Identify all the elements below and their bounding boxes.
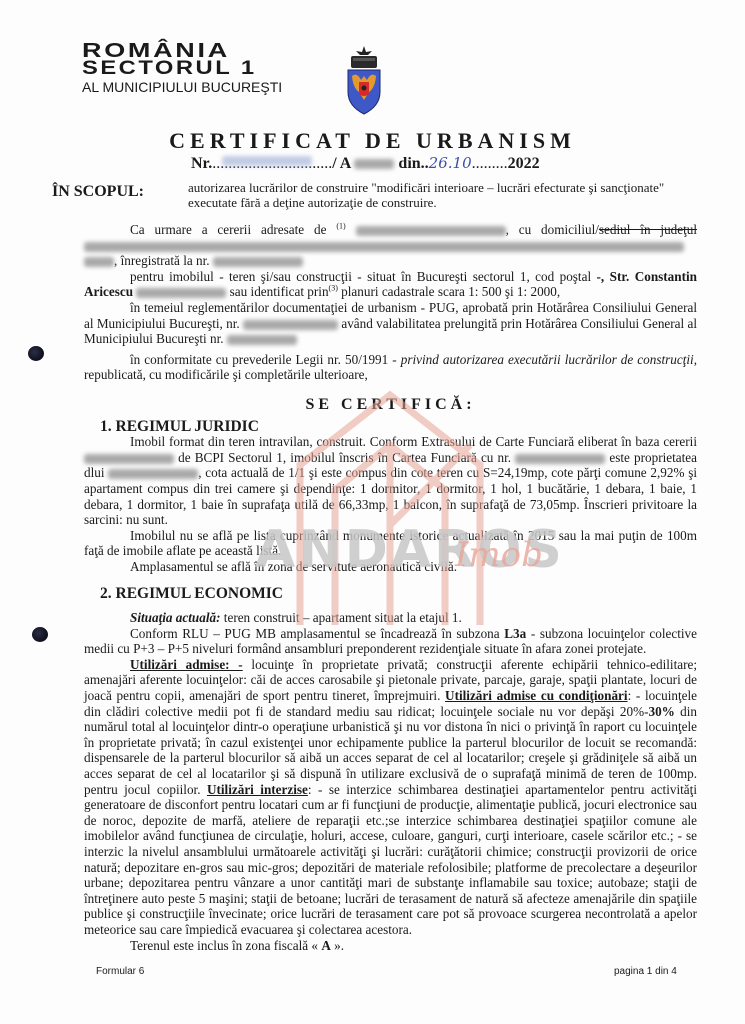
text-run: Conform RLU – PUG MB amplasamentul se în… — [130, 626, 500, 641]
redacted-address — [84, 242, 684, 252]
form-number: Formular 6 — [96, 966, 144, 977]
footnote-ref: (3) — [329, 284, 338, 293]
section-1-paragraph-2: Imobilul nu se află pe lista cuprinzând … — [84, 528, 697, 559]
text-run: sau identificat prin — [230, 284, 329, 299]
section-2-situatia: Situaţia actuală: teren construit – apar… — [84, 610, 697, 626]
text-run: Ca urmare a cererii adresate de — [130, 222, 326, 237]
law-title: privind autorizarea executării lucrărilo… — [401, 352, 694, 367]
section-2-heading: 2. REGIMUL ECONOMIC — [100, 586, 697, 602]
text-run: , cu domiciliul/ — [506, 222, 599, 237]
nr-year: 2022 — [508, 155, 540, 172]
section-2-fiscal-zone: Terenul este inclus în zona fiscală « A … — [84, 938, 697, 954]
se-certifica-heading: SE CERTIFICĂ: — [84, 397, 697, 413]
document-page: ROMÂNIA SECTORUL 1 AL MUNICIPIULUI BUCUR… — [0, 0, 745, 1024]
nr-prefix: Nr. — [191, 155, 212, 172]
scop-text: autorizarea lucrărilor de construire "mo… — [188, 180, 693, 210]
scop-label: ÎN SCOPUL: — [52, 183, 144, 201]
header-municipality: AL MUNICIPIULUI BUCUREŞTI — [82, 78, 282, 96]
text-run: ». — [334, 938, 344, 953]
text-run: Imobil format din teren intravilan, cons… — [130, 434, 697, 449]
conditionari-label: Utilizări admise cu condiţionări — [445, 688, 628, 703]
intro-paragraph-3: în temeiul reglementărilor documentaţiei… — [84, 300, 697, 347]
punch-hole-top — [28, 346, 44, 361]
admise-label: Utilizări admise: - — [130, 657, 243, 672]
intro-paragraph-4: în conformitate cu prevederile Legii nr.… — [84, 352, 697, 383]
section-1-heading: 1. REGIMUL JURIDIC — [100, 419, 697, 435]
document-title: CERTIFICAT DE URBANISM — [0, 128, 745, 154]
footnote-ref: (1) — [336, 222, 345, 231]
interzise-label: Utilizări interzise — [207, 782, 308, 797]
intro-paragraph-2: pentru imobilul - teren şi/sau construcţ… — [84, 269, 697, 300]
section-2-zoning: Conform RLU – PUG MB amplasamentul se în… — [84, 626, 697, 657]
fiscal-zone-letter: A — [321, 938, 331, 953]
issuer-header: ROMÂNIA SECTORUL 1 AL MUNICIPIULUI BUCUR… — [82, 42, 282, 96]
nr-dots2: ......... — [472, 155, 508, 172]
text-run: de BCPI Sectorul 1, imobilul înscris în … — [178, 450, 511, 465]
redacted-owner-name — [108, 469, 198, 479]
situatia-label: Situaţia actuală: — [130, 610, 221, 625]
redacted-reg-number — [354, 159, 394, 169]
redacted-request-number — [84, 454, 174, 464]
nr-din: din.. — [398, 155, 428, 172]
zone-code: L3a — [504, 626, 526, 641]
intro-paragraph-1: Ca urmare a cererii adresate de (1) , cu… — [84, 222, 697, 269]
section-1-paragraph-1: Imobil format din teren intravilan, cons… — [84, 434, 697, 528]
redacted-street-number — [136, 288, 226, 298]
text-run: pentru imobilul - teren şi/sau construcţ… — [130, 269, 591, 284]
redacted-applicant-name — [356, 226, 506, 236]
redacted-cf-number — [515, 454, 605, 464]
handwritten-date: 26.10 — [429, 154, 472, 172]
coat-of-arms-icon — [345, 44, 383, 116]
text-run: Terenul este inclus în zona fiscală « — [130, 938, 318, 953]
punch-hole-bottom — [32, 627, 48, 642]
redacted-email — [84, 257, 114, 267]
struck-text: sediul în judeţul — [599, 222, 697, 237]
text-run: în conformitate cu prevederile Legii nr.… — [130, 352, 397, 367]
page-indicator: pagina 1 din 4 — [614, 966, 677, 977]
document-body: Ca urmare a cererii adresate de (1) , cu… — [84, 222, 697, 953]
nr-separator: / A — [332, 155, 350, 172]
redacted-registration — [213, 257, 303, 267]
text-run: planuri cadastrale scara 1: 500 şi 1: 20… — [341, 284, 560, 299]
text-run: , înregistrată la nr. — [114, 253, 210, 268]
text-run: : - se interzice schimbarea destinaţiei … — [84, 782, 697, 937]
section-2-uses: Utilizări admise: - locuinţe în propriet… — [84, 657, 697, 938]
redacted-handwritten-number — [222, 156, 312, 166]
text-run: teren construit – apartament situat la e… — [221, 610, 462, 625]
section-1-paragraph-3: Amplasamentul se află în zona de servitu… — [84, 559, 697, 575]
redacted-hcgmb-number — [243, 320, 338, 330]
redacted-hcgmb-number-2 — [227, 335, 297, 345]
header-sector: SECTORUL 1 — [82, 60, 332, 78]
percent-bold: 30% — [648, 704, 674, 719]
